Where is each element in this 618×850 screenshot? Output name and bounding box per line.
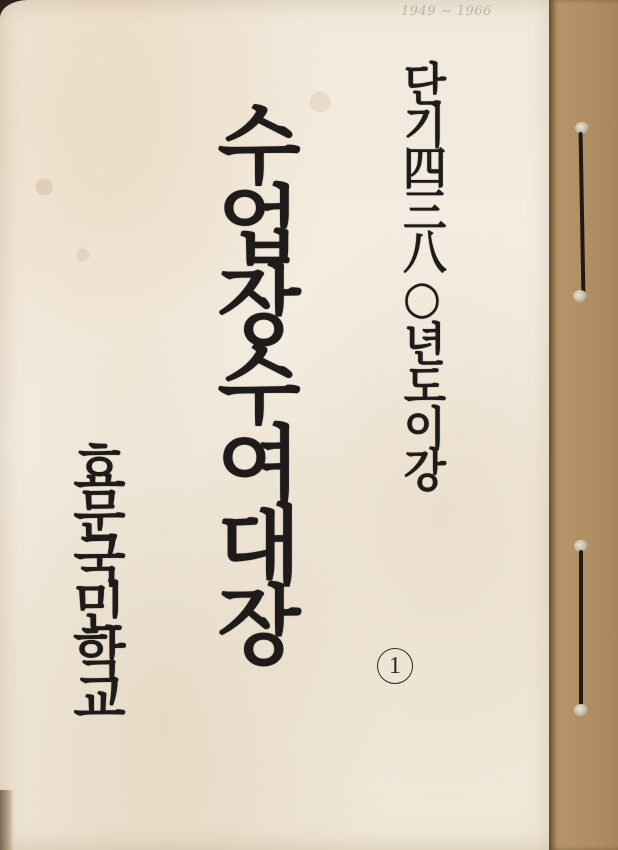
volume-number-circle: 1: [377, 648, 413, 684]
worn-corner: [0, 790, 14, 850]
school-name: 효문국민학교: [60, 440, 130, 716]
binding-spine: [549, 0, 618, 850]
binding-hole-bottom-2: [574, 704, 588, 716]
register-cover: 1949 ~ 1966 단기四三八○년도이강 수업장수여대장 효문국민학교 1: [0, 0, 618, 850]
binding-stitch-bottom: [579, 550, 583, 708]
binding-hole-top-2: [573, 290, 587, 302]
pencil-date-range: 1949 ~ 1966: [401, 4, 492, 19]
year-inscription: 단기四三八○년도이강: [394, 60, 451, 488]
register-title: 수업장수여대장: [196, 100, 306, 660]
binding-stitch-top: [579, 132, 586, 296]
